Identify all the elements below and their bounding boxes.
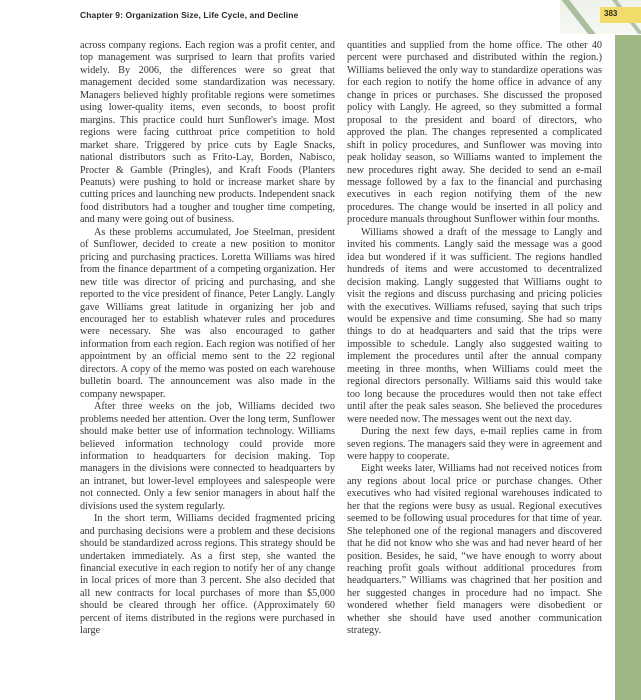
paragraph: As these problems accumulated, Joe Steel…	[80, 227, 335, 401]
paragraph: quantities and supplied from the home of…	[347, 40, 602, 227]
paragraph: Eight weeks later, Williams had not rece…	[347, 463, 602, 637]
paragraph: After three weeks on the job, Williams d…	[80, 401, 335, 513]
paragraph: across company regions. Each region was …	[80, 40, 335, 227]
left-text-column: across company regions. Each region was …	[80, 40, 335, 638]
chapter-title: Chapter 9: Organization Size, Life Cycle…	[80, 10, 298, 20]
paragraph: Williams showed a draft of the message t…	[347, 227, 602, 426]
page-number: 383	[604, 9, 617, 18]
paragraph: During the next few days, e-mail replies…	[347, 426, 602, 463]
paragraph: In the short term, Williams decided frag…	[80, 513, 335, 638]
right-text-column: quantities and supplied from the home of…	[347, 40, 602, 638]
side-color-strip	[615, 35, 641, 700]
